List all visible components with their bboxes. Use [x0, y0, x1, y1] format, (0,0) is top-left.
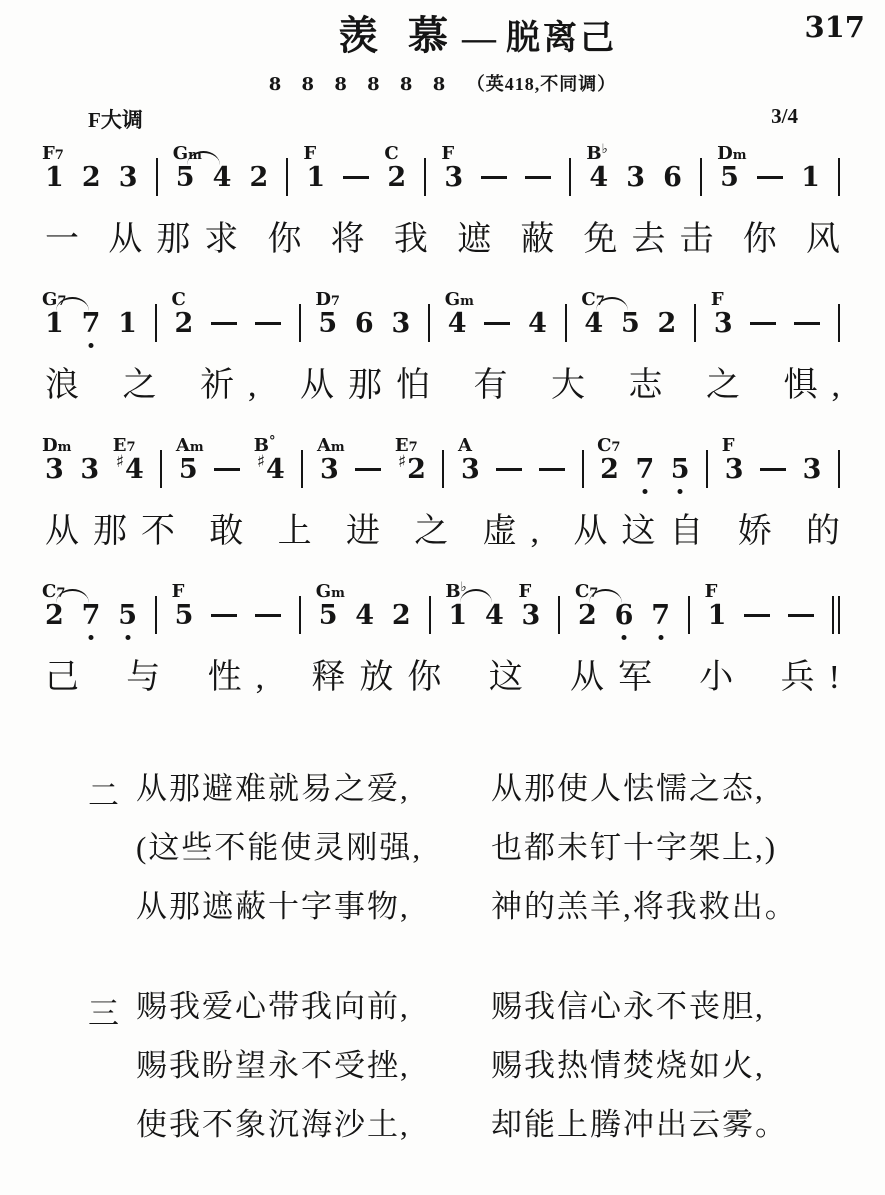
note-digit: 3 [320, 456, 339, 483]
bar-stroke [832, 596, 834, 634]
note-digit: 2 [658, 310, 677, 337]
note: 6 [355, 310, 374, 337]
barline [156, 158, 158, 196]
chord-label: D7 [315, 283, 340, 310]
verse-line: 却能上腾冲出云雾。 [491, 1106, 788, 1143]
hymn-subtitle: 脱离己 [506, 20, 617, 57]
lyric-syllable: 将 [331, 218, 365, 262]
chord-label: F [519, 575, 532, 602]
dash-extension [255, 322, 281, 325]
dash-extension [355, 468, 381, 471]
lyric-syllable: 这 [489, 656, 523, 700]
notation-line: 1G7712C5D7634Gm44C7523F [45, 302, 840, 344]
note-digit: 2 [174, 310, 193, 337]
note-digit: 3 [391, 310, 410, 337]
chord-label: B° [254, 429, 276, 456]
note: 7 [651, 602, 670, 629]
note: 3A [461, 456, 480, 483]
meter-row: 8 8 8 8 8 8 （英418,不同调） [45, 70, 840, 96]
note-digit: 3 [626, 164, 645, 191]
lyric-syllable: 性, [208, 656, 279, 700]
barline [700, 158, 702, 196]
note-digit: 5 [671, 456, 690, 483]
lyric-syllable: 之 [706, 364, 740, 408]
note-digit: 5 [720, 164, 739, 191]
note: 3F [522, 602, 541, 629]
note-digit: 6 [663, 164, 682, 191]
dash-extension [481, 176, 507, 179]
note-digit: 1 [306, 164, 325, 191]
note: 4 [213, 164, 232, 191]
chord-label: F [172, 575, 185, 602]
notation-line: 2C7755F5Gm421B♭43F2C7671F [45, 594, 840, 636]
chord-label: Gm [445, 283, 474, 310]
note: 3 [803, 456, 822, 483]
barline [155, 304, 157, 342]
verse-number: 二 [88, 770, 136, 926]
lyric-syllable: 从这自 [573, 510, 717, 554]
barline [688, 596, 690, 634]
dash-extension [214, 468, 240, 471]
note: 2C7 [600, 456, 619, 483]
barline [301, 450, 303, 488]
lyric-syllable: 娇 [738, 510, 772, 554]
note-digit: 1 [118, 310, 137, 337]
note-digit: 4 [584, 310, 603, 337]
note: 2 [249, 164, 268, 191]
note: 4Gm [448, 310, 467, 337]
chord-label: Am [176, 429, 204, 456]
chord-label: Dm [42, 429, 71, 456]
dash-extension [760, 468, 786, 471]
note: 5Gm [319, 602, 338, 629]
barline [838, 450, 840, 488]
verse-block: 三赐我爱心带我向前,赐我盼望永不受挫,使我不象沉海沙土,赐我信心永不丧胆,赐我热… [45, 988, 840, 1144]
lyric-syllable: 兵! [781, 656, 854, 700]
verses: 二从那避难就易之爱,(这些不能使灵刚强,从那遮蔽十字事物,从那使人怯懦之态,也都… [45, 770, 840, 1143]
note: 7 [82, 310, 101, 337]
sharp-accidental: ♯ [257, 454, 265, 471]
verse-block: 二从那避难就易之爱,(这些不能使灵刚强,从那遮蔽十字事物,从那使人怯懦之态,也都… [45, 770, 840, 926]
lyric-line: 浪之祈,从那怕有大志之惧, [45, 364, 840, 408]
low-octave-dot [88, 343, 93, 348]
note: 4 [485, 602, 504, 629]
note-digit: 2 [82, 164, 101, 191]
lyric-syllable: 遮 [457, 218, 491, 262]
lyric-syllable: 浪 [45, 364, 79, 408]
note-digit: 2 [407, 456, 426, 483]
dash-extension [343, 176, 369, 179]
note-digit: 4 [485, 602, 504, 629]
verse-line: 从那避难就易之爱, [136, 770, 491, 807]
note-digit: 7 [651, 602, 670, 629]
lyric-line: 从那不敢上进之虚,从这自娇的 [45, 510, 840, 554]
final-barline [832, 596, 840, 634]
dash-extension [750, 322, 776, 325]
note-digit: 2 [387, 164, 406, 191]
note: 2C7 [45, 602, 64, 629]
dash-extension [211, 322, 237, 325]
barline [299, 304, 301, 342]
note-digit: 5 [179, 456, 198, 483]
notation-line: 1F7235Gm421F2C3F4B♭365Dm1 [45, 156, 840, 198]
barline [569, 158, 571, 196]
note-digit: 3 [725, 456, 744, 483]
chord-label: F [722, 429, 735, 456]
note: 2 [82, 164, 101, 191]
verse-line: 赐我盼望永不受挫, [136, 1047, 491, 1084]
note: 2C [387, 164, 406, 191]
chord-label: F [705, 575, 718, 602]
note-digit: 7 [82, 310, 101, 337]
note: 5Dm [720, 164, 739, 191]
lyric-syllable: 惧, [784, 364, 855, 408]
barline [582, 450, 584, 488]
title-dash: — [462, 20, 496, 57]
lyric-syllable: 从那怕 [300, 364, 444, 408]
note: ♯2E7 [398, 456, 426, 483]
low-octave-dot [678, 489, 683, 494]
barline [160, 450, 162, 488]
meter-note: （英418,不同调） [467, 74, 617, 94]
dash-extension [744, 614, 770, 617]
lyric-syllable: 我 [394, 218, 428, 262]
note: 2 [392, 602, 411, 629]
chord-label: A [458, 429, 472, 456]
note-digit: 3 [803, 456, 822, 483]
dash-extension [525, 176, 551, 179]
verse-line: 赐我热情焚烧如火, [491, 1047, 788, 1084]
note: 1 [801, 164, 820, 191]
barline [424, 158, 426, 196]
lyric-syllable: 从那不 [45, 510, 189, 554]
verse-columns: 从那避难就易之爱,(这些不能使灵刚强,从那遮蔽十字事物,从那使人怯懦之态,也都未… [136, 770, 798, 926]
barline [155, 596, 157, 634]
barline [694, 304, 696, 342]
chord-label: F7 [42, 137, 64, 164]
note: 1F [708, 602, 727, 629]
lyric-syllable: 的 [806, 510, 840, 554]
low-octave-dot [642, 489, 647, 494]
chord-label: F [303, 137, 316, 164]
lyric-syllable: 从那求 [108, 218, 252, 262]
note-digit: 3 [80, 456, 99, 483]
lyric-syllable: 大 [551, 364, 585, 408]
note-digit: 7 [82, 602, 101, 629]
note: 3 [626, 164, 645, 191]
dash-extension [496, 468, 522, 471]
note-digit: 4 [589, 164, 608, 191]
lyric-syllable: 虚, [483, 510, 554, 554]
lyric-line: 一从那求你将我遮蔽免去击你风 [45, 218, 840, 262]
chord-label: C [384, 137, 398, 164]
note: ♯4E7 [116, 456, 144, 483]
note: 3F [714, 310, 733, 337]
note: ♯4B° [257, 456, 285, 483]
verse-number: 三 [88, 988, 136, 1144]
low-octave-dot [621, 635, 626, 640]
note-digit: 5 [319, 602, 338, 629]
verse-line: 从那遮蔽十字事物, [136, 888, 491, 925]
note: 3Dm [45, 456, 64, 483]
lyric-syllable: 免去击 [584, 218, 728, 262]
bar-stroke [838, 596, 840, 634]
lyric-syllable: 从军 [570, 656, 666, 700]
barline [565, 304, 567, 342]
note-digit: 5 [318, 310, 337, 337]
verse-columns: 赐我爱心带我向前,赐我盼望永不受挫,使我不象沉海沙土,赐我信心永不丧胆,赐我热情… [136, 988, 788, 1144]
lyric-syllable: 志 [629, 364, 663, 408]
note-digit: 3 [522, 602, 541, 629]
note-digit: 4 [125, 456, 144, 483]
barline [299, 596, 301, 634]
dash-extension [788, 614, 814, 617]
note: 1B♭ [448, 602, 467, 629]
note-digit: 5 [621, 310, 640, 337]
note: 3F [725, 456, 744, 483]
barline [286, 158, 288, 196]
note-digit: 1 [708, 602, 727, 629]
dash-extension [211, 614, 237, 617]
note: 1F7 [45, 164, 64, 191]
note: 5Am [179, 456, 198, 483]
note: 7 [82, 602, 101, 629]
music-system: 3Dm3♯4E75Am♯4B°3Am♯2E73A2C7753F3从那不敢上进之虚… [45, 448, 840, 554]
verse-line: 神的羔羊,将我救出。 [491, 888, 798, 925]
lyric-syllable: 风 [806, 218, 840, 262]
note: 1 [118, 310, 137, 337]
note: 3 [119, 164, 138, 191]
note-digit: 4 [355, 602, 374, 629]
lyric-syllable: 敢 [209, 510, 243, 554]
note: 3Am [320, 456, 339, 483]
dash-extension [484, 322, 510, 325]
note: 2C [174, 310, 193, 337]
time-signature: 3/4 [771, 104, 798, 134]
note-digit: 3 [714, 310, 733, 337]
note: 2C7 [578, 602, 597, 629]
note-digit: 2 [578, 602, 597, 629]
dash-extension [539, 468, 565, 471]
barline [442, 450, 444, 488]
note: 4 [355, 602, 374, 629]
music-system: 2C7755F5Gm421B♭43F2C7671F己与性,释放你这从军小兵! [45, 594, 840, 700]
verse-line: 赐我信心永不丧胆, [491, 988, 788, 1025]
note-digit: 3 [45, 456, 64, 483]
verse-column-left: 从那避难就易之爱,(这些不能使灵刚强,从那遮蔽十字事物, [136, 770, 491, 926]
chord-label: B♭ [586, 137, 607, 164]
note-digit: 2 [45, 602, 64, 629]
chord-label: E7 [395, 429, 418, 456]
hymn-title: 羡 慕 — 脱离己 [45, 14, 840, 58]
note-digit: 5 [176, 164, 195, 191]
notation-line: 3Dm3♯4E75Am♯4B°3Am♯2E73A2C7753F3 [45, 448, 840, 490]
note: 5 [118, 602, 137, 629]
note: 3 [391, 310, 410, 337]
chord-label: Gm [316, 575, 345, 602]
note: 5F [175, 602, 194, 629]
verse-column-right: 从那使人怯懦之态,也都未钉十字架上,)神的羔羊,将我救出。 [491, 770, 798, 926]
note-digit: 1 [448, 602, 467, 629]
note: 3 [80, 456, 99, 483]
lyric-line: 己与性,释放你这从军小兵! [45, 656, 840, 700]
lyric-syllable: 小 [699, 656, 733, 700]
verse-column-right: 赐我信心永不丧胆,赐我热情焚烧如火,却能上腾冲出云雾。 [491, 988, 788, 1144]
low-octave-dot [89, 635, 94, 640]
lyric-syllable: 有 [474, 364, 508, 408]
barline [429, 596, 431, 634]
lyric-syllable: 与 [126, 656, 160, 700]
hymn-page: 317 羡 慕 — 脱离己 8 8 8 8 8 8 （英418,不同调） F大调… [0, 0, 885, 1195]
verse-line: (这些不能使灵刚强, [136, 829, 491, 866]
note-digit: 2 [249, 164, 268, 191]
note: 1F [306, 164, 325, 191]
chord-label: Dm [717, 137, 746, 164]
verse-line: 从那使人怯懦之态, [491, 770, 798, 807]
sharp-accidental: ♯ [116, 454, 124, 471]
chord-label: Am [317, 429, 345, 456]
note: 4 [528, 310, 547, 337]
note-digit: 2 [600, 456, 619, 483]
note: 5 [621, 310, 640, 337]
meter: 8 8 8 8 8 8 [269, 74, 452, 95]
note-digit: 6 [355, 310, 374, 337]
note-digit: 2 [392, 602, 411, 629]
note-digit: 1 [801, 164, 820, 191]
barline [558, 596, 560, 634]
dash-extension [757, 176, 783, 179]
note-digit: 1 [45, 310, 64, 337]
note: 1G7 [45, 310, 64, 337]
low-octave-dot [658, 635, 663, 640]
barline [838, 158, 840, 196]
chord-label: C [171, 283, 185, 310]
key-signature: F大调 [88, 104, 143, 134]
note-digit: 1 [45, 164, 64, 191]
note: 5 [671, 456, 690, 483]
verse-line: 使我不象沉海沙土, [136, 1106, 491, 1143]
note-digit: 5 [175, 602, 194, 629]
note: 6 [615, 602, 634, 629]
lyric-syllable: 己 [45, 656, 79, 700]
music-systems: 1F7235Gm421F2C3F4B♭365Dm1一从那求你将我遮蔽免去击你风1… [45, 156, 840, 700]
note-digit: 4 [528, 310, 547, 337]
note: 4B♭ [589, 164, 608, 191]
verse-line: 也都未钉十字架上,) [491, 829, 798, 866]
lyric-syllable: 一 [45, 218, 79, 262]
low-octave-dot [125, 635, 130, 640]
lyric-syllable: 之 [414, 510, 448, 554]
lyric-syllable: 你 [743, 218, 777, 262]
chord-label: E7 [113, 429, 136, 456]
lyric-syllable: 之 [123, 364, 157, 408]
note-digit: 4 [448, 310, 467, 337]
dash-extension [794, 322, 820, 325]
note-digit: 4 [213, 164, 232, 191]
note-digit: 3 [119, 164, 138, 191]
note: 4C7 [584, 310, 603, 337]
chord-label: F [441, 137, 454, 164]
lyric-syllable: 释放你 [311, 656, 455, 700]
verse-column-left: 赐我爱心带我向前,赐我盼望永不受挫,使我不象沉海沙土, [136, 988, 491, 1144]
lyric-syllable: 你 [267, 218, 301, 262]
hymn-title-main: 羡 慕 [338, 13, 458, 58]
note: 5D7 [318, 310, 337, 337]
note-digit: 4 [266, 456, 285, 483]
note: 3F [444, 164, 463, 191]
note-digit: 5 [118, 602, 137, 629]
key-time-row: F大调 3/4 [45, 104, 840, 134]
music-system: 1F7235Gm421F2C3F4B♭365Dm1一从那求你将我遮蔽免去击你风 [45, 156, 840, 262]
barline [838, 304, 840, 342]
note-digit: 3 [461, 456, 480, 483]
sharp-accidental: ♯ [398, 454, 406, 471]
lyric-syllable: 进 [346, 510, 380, 554]
page-number: 317 [804, 10, 865, 44]
note: 6 [663, 164, 682, 191]
note-digit: 6 [615, 602, 634, 629]
barline [428, 304, 430, 342]
chord-label: F [711, 283, 724, 310]
note: 2 [658, 310, 677, 337]
chord-label: C7 [597, 429, 620, 456]
note: 5Gm [176, 164, 195, 191]
note-digit: 7 [635, 456, 654, 483]
note-digit: 3 [444, 164, 463, 191]
note: 7 [635, 456, 654, 483]
dash-extension [255, 614, 281, 617]
lyric-syllable: 上 [278, 510, 312, 554]
lyric-syllable: 蔽 [520, 218, 554, 262]
lyric-syllable: 祈, [200, 364, 271, 408]
music-system: 1G7712C5D7634Gm44C7523F浪之祈,从那怕有大志之惧, [45, 302, 840, 408]
verse-line: 赐我爱心带我向前, [136, 988, 491, 1025]
barline [706, 450, 708, 488]
